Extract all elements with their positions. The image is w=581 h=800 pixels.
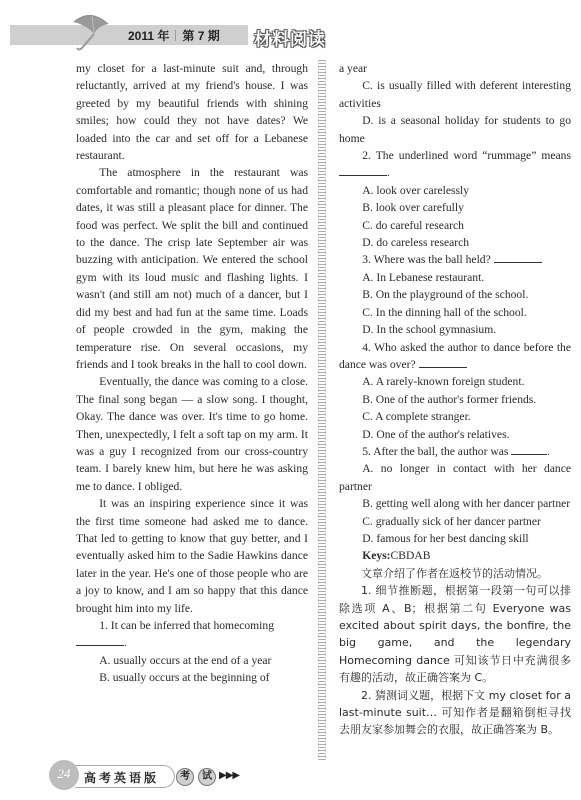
option-b: B. getting well along with her dancer pa…	[339, 495, 571, 512]
option-a: A. look over carelessly	[339, 182, 571, 199]
option-b: B. look over carefully	[339, 199, 571, 216]
punctuation: .	[387, 166, 390, 179]
option-c: C. In the dinning hall of the school.	[339, 304, 571, 321]
option-d: D. One of the author's relatives.	[339, 426, 571, 443]
left-column: my closet for a last-minute suit and, th…	[76, 60, 308, 687]
paragraph: The atmosphere in the restaurant was com…	[76, 164, 308, 373]
question-1-stem: 1. It can be inferred that homecoming	[76, 617, 308, 634]
explanation-intro: 文章介绍了作者在返校节的活动情况。	[339, 565, 571, 582]
question-3-stem: 3. Where was the ball held?	[339, 251, 571, 268]
option-a: A. In Lebanese restaurant.	[339, 269, 571, 286]
question-4-stem: 4. Who asked the author to dance before …	[339, 339, 571, 374]
answer-blank	[511, 445, 547, 455]
explanation-1: 1. 细节推断题，根据第一段第一句可以排除选项 A、B；根据第二句 Everyo…	[339, 582, 571, 686]
issue-number: 第 7 期	[182, 29, 219, 43]
option-a: A. usually occurs at the end of a year	[76, 652, 308, 669]
option-d: D. famous for her best dancing skill	[339, 530, 571, 547]
arrow-right-icon: ▶▶▶	[219, 770, 239, 781]
paragraph: It was an inspiring experience since it …	[76, 495, 308, 617]
question-text: 3. Where was the ball held?	[362, 253, 491, 266]
section-title: 材料阅读	[254, 25, 326, 50]
question-text: 5. After the ball, the author was	[362, 445, 508, 458]
answer-blank	[76, 636, 124, 646]
footer-badge-shi: 试	[198, 768, 216, 786]
option-c: C. gradually sick of her dancer partner	[339, 513, 571, 530]
answer-blank	[494, 253, 542, 263]
option-a: A. A rarely-known foreign student.	[339, 373, 571, 390]
keys-value: CBDAB	[391, 549, 431, 562]
option-c: C. is usually filled with deferent inter…	[339, 77, 571, 112]
footer-title: 高考英语版	[84, 769, 159, 786]
separator	[175, 30, 176, 41]
right-column: a year C. is usually filled with deferen…	[339, 60, 571, 739]
option-b: B. usually occurs at the beginning of	[76, 669, 308, 686]
answer-blank	[419, 358, 467, 368]
question-1-blank: .	[76, 634, 308, 651]
option-d: D. do careless research	[339, 234, 571, 251]
keys-label: Keys:	[362, 549, 390, 562]
issue-year: 2011 年	[128, 29, 169, 43]
option-c: C. A complete stranger.	[339, 408, 571, 425]
option-d: D. In the school gymnasium.	[339, 321, 571, 338]
footer-badge-kao: 考	[176, 768, 194, 786]
paragraph: my closet for a last-minute suit and, th…	[76, 60, 308, 164]
issue-info: 2011 年第 7 期	[128, 27, 220, 44]
option-d: D. is a seasonal holiday for students to…	[339, 112, 571, 147]
question-2-stem: 2. The underlined word “rummage” means .	[339, 147, 571, 182]
paragraph: Eventually, the dance was coming to a cl…	[76, 373, 308, 495]
umbrella-icon	[68, 10, 116, 52]
column-divider	[318, 60, 326, 760]
punctuation: .	[124, 636, 127, 649]
explanation-2: 2. 猜测词义题，根据下文 my closet for a last-minut…	[339, 687, 571, 739]
answer-blank	[339, 166, 387, 176]
page-footer: 24 高考英语版 考 试 ▶▶▶	[0, 755, 581, 800]
option-b: B. On the playground of the school.	[339, 286, 571, 303]
option-a: A. no longer in contact with her dance p…	[339, 460, 571, 495]
page-number: 24	[49, 760, 79, 790]
option-b: B. One of the author's former friends.	[339, 391, 571, 408]
page-header: 2011 年第 7 期 材料阅读	[0, 0, 581, 60]
punctuation: .	[547, 445, 550, 458]
answer-keys: Keys:CBDAB	[339, 547, 571, 564]
question-text: 2. The underlined word “rummage” means	[362, 149, 571, 162]
option-c: C. do careful research	[339, 217, 571, 234]
question-text: 1. It can be inferred that homecoming	[99, 619, 274, 632]
option-b-continued: a year	[339, 60, 571, 77]
question-5-stem: 5. After the ball, the author was .	[339, 443, 571, 460]
